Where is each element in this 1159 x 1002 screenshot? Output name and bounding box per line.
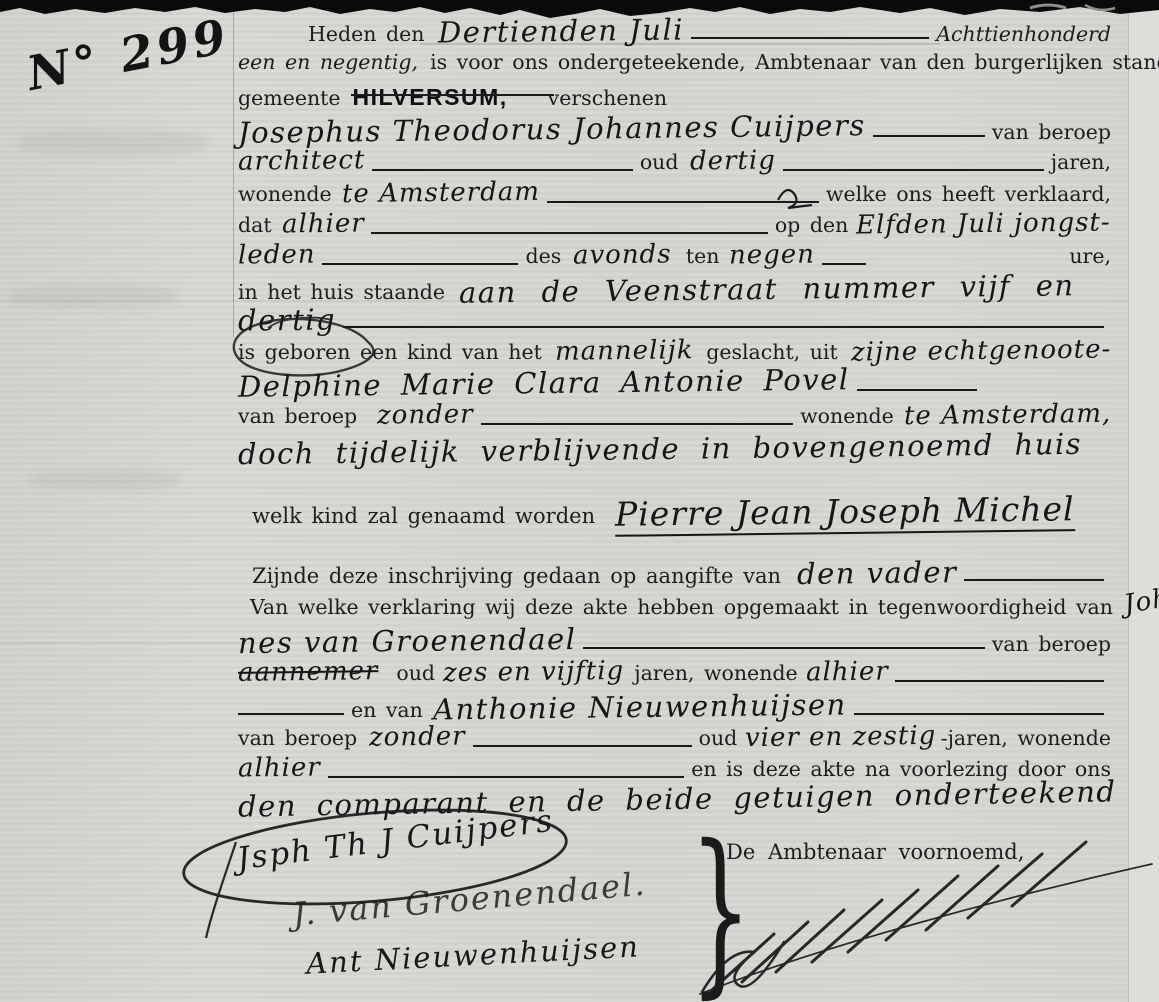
fill-line: [857, 389, 977, 391]
fill-line: [895, 680, 1104, 682]
fill-line: [481, 423, 793, 425]
printed-text: Zijnde deze inschrijving gedaan op aangi…: [252, 564, 781, 588]
signature-witness1: J. van Groenendael.: [291, 865, 648, 934]
printed-text: ure,: [1069, 244, 1111, 268]
act-line-17: Van welke verklaring wij deze akte hebbe…: [250, 591, 1111, 625]
fill-line: [822, 263, 866, 265]
printed-text: welk kind zal genaamd worden: [252, 504, 595, 528]
printed-text: oud: [640, 150, 679, 174]
act-line-12: Delphine Marie Clara Antonie Povel: [238, 366, 1111, 400]
printed-text: oud: [699, 726, 738, 750]
handwritten-birthdate: Elfden Juli jongst-: [856, 207, 1111, 240]
printed-text: dat: [238, 213, 272, 237]
act-line-02: een en negentig, is voor ons ondergeteek…: [238, 50, 1111, 84]
printed-text: ten: [686, 244, 720, 268]
bleed-through-smudge: [8, 285, 178, 307]
printed-text: van beroep: [238, 404, 357, 428]
act-line-15: welk kind zal genaamd worden Pierre Jean…: [252, 492, 1111, 526]
printed-text: jaren, wonende: [634, 661, 797, 685]
printed-text: verschenen: [548, 86, 667, 110]
handwritten-witness1-residence: alhier: [805, 656, 888, 687]
handwritten-witness1-age: zes en vijftig: [443, 656, 625, 688]
printed-text: in het huis staande: [238, 280, 445, 304]
printed-text: is geboren een kind van het: [238, 340, 542, 364]
act-line-16: Zijnde deze inschrijving gedaan op aangi…: [252, 556, 1111, 590]
handwritten-informant: den vader: [797, 555, 958, 591]
handwritten-mother-profession: zonder: [377, 399, 474, 430]
handwritten-witness1-name: nes van Groenendael: [238, 622, 577, 660]
act-line-07: dat alhier op den Elfden Juli jongst-: [238, 209, 1111, 243]
fill-line: [547, 201, 819, 203]
fill-line: [783, 169, 1043, 171]
act-line-20: en van Anthonie Nieuwenhuijsen: [238, 690, 1111, 724]
fill-line: [873, 135, 985, 137]
fill-line: [322, 263, 518, 265]
stamp-strike-line: [351, 94, 554, 96]
handwritten-daypart: avonds: [573, 239, 672, 270]
act-line-09: in het huis staande aan de Veenstraat nu…: [238, 272, 1111, 306]
printed-text: des: [525, 244, 561, 268]
handwritten-mother-name: Delphine Marie Clara Antonie Povel: [238, 362, 850, 403]
handwritten-date: Dertienden Juli: [438, 12, 684, 49]
handwritten-residence: te Amsterdam: [342, 177, 540, 209]
act-line-10: dertig: [238, 303, 1111, 337]
handwritten-closing: den comparant en de beide getuigen onder…: [238, 774, 1117, 823]
fill-line: [371, 232, 768, 234]
printed-text: wonende: [800, 404, 894, 428]
printed-text: Van welke verklaring wij deze akte hebbe…: [250, 595, 1113, 619]
fill-line: [343, 326, 1104, 328]
gemeente-stamp: HILVERSUM,: [353, 84, 508, 111]
act-line-23: den comparant en de beide getuigen onder…: [238, 782, 1111, 816]
handwritten-place: alhier: [281, 208, 364, 239]
birth-certificate-scan: N° 299 Heden den Dertienden Juli Achttie…: [0, 0, 1159, 1002]
handwritten-witness2-residence: alhier: [238, 752, 321, 783]
printed-year: Achttienhonderd: [936, 22, 1111, 46]
handwritten-age: dertig: [690, 145, 776, 176]
printed-text: en van: [351, 698, 423, 722]
handwritten-profession: architect: [238, 145, 366, 177]
printed-text: jaren,: [1051, 150, 1111, 174]
fill-line: [372, 169, 632, 171]
fill-line: [328, 776, 685, 778]
official-signature: [700, 842, 1152, 994]
fill-line: [964, 579, 1104, 581]
handwritten-address-cont: dertig: [238, 302, 337, 337]
signature-witness2: Ant Nieuwenhuijsen: [305, 929, 640, 980]
printed-text: Heden den: [308, 22, 424, 46]
fill-line: [473, 745, 692, 747]
act-line-05: architect oud dertig jaren,: [238, 146, 1111, 180]
printed-text: is voor ons ondergeteekende, Ambtenaar v…: [430, 50, 1159, 74]
fill-line: [238, 713, 344, 715]
official-heading: De Ambtenaar voornoemd,: [726, 840, 1024, 864]
act-line-19: aannemer oud zes en vijftig jaren, wonen…: [238, 657, 1111, 691]
act-number: N° 299: [23, 9, 235, 102]
paper-right-edge: [1128, 0, 1159, 1002]
printed-text: wonende: [238, 182, 332, 206]
printed-text: gemeente: [238, 86, 341, 110]
printed-year-cont: een en negentig,: [238, 50, 418, 74]
handwritten-witness2-name: Anthonie Nieuwenhuijsen: [433, 687, 847, 726]
printed-text: welke ons heeft verklaard,: [826, 182, 1111, 206]
printed-text: -jaren, wonende: [941, 726, 1111, 750]
fill-line: [691, 37, 929, 39]
handwritten-child-name: Pierre Jean Joseph Michel: [615, 489, 1075, 537]
bleed-through-smudge: [18, 130, 208, 156]
handwritten-hour: negen: [729, 239, 815, 270]
handwritten-spouse-intro: zijne echtgenoote-: [850, 334, 1111, 367]
act-line-01: Heden den Dertienden Juli Achttienhonder…: [238, 14, 1111, 48]
handwritten-declarant-name: Josephus Theodorus Johannes Cuijpers: [238, 108, 866, 150]
fill-line: [583, 647, 984, 649]
handwritten-witness1-profession: aannemer: [238, 656, 379, 688]
act-line-06: wonende te Amsterdam welke ons heeft ver…: [238, 178, 1111, 212]
printed-text: van beroep: [238, 726, 357, 750]
handwritten-note: doch tijdelijk verblijvende in bovengeno…: [238, 427, 1082, 471]
printed-text: van beroep: [992, 632, 1111, 656]
printed-text: oud: [396, 661, 435, 685]
fill-line: [854, 713, 1104, 715]
act-line-18: nes van Groenendael van beroep: [238, 624, 1111, 658]
handwritten-witness2-age: vier en zestig: [745, 721, 937, 753]
printed-text: van beroep: [992, 120, 1111, 144]
handwritten-text: leden: [238, 240, 316, 271]
stamp-text: HILVERSUM,: [353, 84, 508, 110]
act-line-04: Josephus Theodorus Johannes Cuijpers van…: [238, 112, 1111, 146]
handwritten-witness2-profession: zonder: [369, 721, 466, 752]
handwritten-gender: mannelijk: [555, 335, 694, 367]
bleed-through-smudge: [30, 470, 180, 490]
printed-text: op den: [775, 213, 848, 237]
act-line-14: doch tijdelijk verblijvende in bovengeno…: [238, 432, 1111, 466]
act-line-21: van beroep zonder oud vier en zestig -ja…: [238, 722, 1111, 756]
printed-text: geslacht, uit: [706, 340, 838, 364]
